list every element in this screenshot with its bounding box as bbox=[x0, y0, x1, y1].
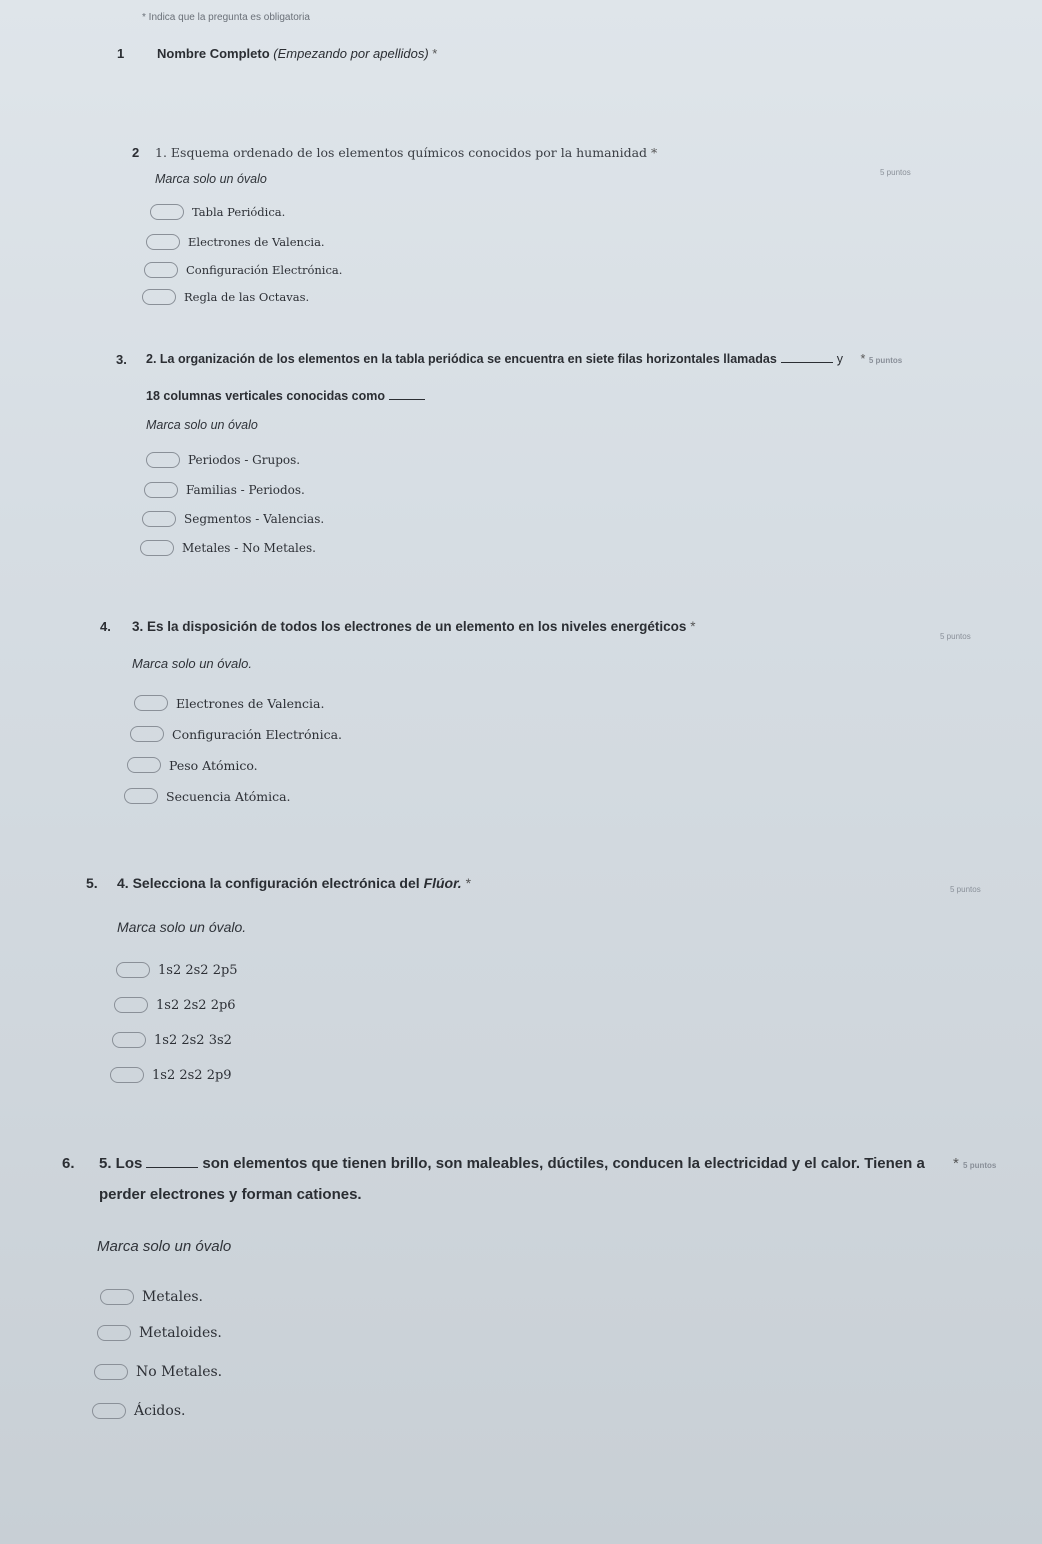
question-6-title-line2: perder electrones y forman cationes. bbox=[99, 1186, 362, 1203]
option-label: Configuración Electrónica. bbox=[186, 263, 342, 277]
option-label: Metaloides. bbox=[139, 1325, 222, 1341]
question-1-title-suffix: (Empezando por apellidos) bbox=[273, 46, 428, 61]
radio-oval-icon[interactable] bbox=[114, 997, 148, 1013]
radio-oval-icon[interactable] bbox=[110, 1067, 144, 1083]
option-label: Periodos - Grupos. bbox=[188, 453, 300, 467]
answer-blank bbox=[781, 362, 833, 363]
radio-oval-icon[interactable] bbox=[142, 511, 176, 527]
question-6-option[interactable]: Metales. bbox=[100, 1289, 203, 1305]
question-2-title-text: 1. Esquema ordenado de los elementos quí… bbox=[155, 145, 647, 160]
question-2-option[interactable]: Configuración Electrónica. bbox=[144, 262, 342, 278]
question-5-hint: Marca solo un óvalo. bbox=[117, 919, 246, 935]
question-4-option[interactable]: Configuración Electrónica. bbox=[130, 726, 342, 742]
required-asterisk: * bbox=[953, 1155, 959, 1172]
radio-oval-icon[interactable] bbox=[127, 757, 161, 773]
question-3-title: 2. La organización de los elementos en l… bbox=[146, 352, 902, 366]
required-asterisk: * bbox=[651, 145, 657, 160]
question-5-option[interactable]: 1s2 2s2 3s2 bbox=[112, 1032, 232, 1048]
option-label: No Metales. bbox=[136, 1364, 222, 1380]
required-asterisk: * bbox=[861, 352, 866, 366]
question-3-title-line2-text: 18 columnas verticales conocidas como bbox=[146, 389, 385, 403]
question-1-title: Nombre Completo (Empezando por apellidos… bbox=[157, 46, 437, 61]
radio-oval-icon[interactable] bbox=[100, 1289, 134, 1305]
question-2-option[interactable]: Electrones de Valencia. bbox=[146, 234, 325, 250]
question-3-number: 3. bbox=[116, 352, 127, 367]
question-5-option[interactable]: 1s2 2s2 2p5 bbox=[116, 962, 238, 978]
question-6-title-text: son elementos que tienen brillo, son mal… bbox=[202, 1155, 924, 1172]
question-3-title-line2: 18 columnas verticales conocidas como bbox=[146, 389, 429, 403]
radio-oval-icon[interactable] bbox=[144, 482, 178, 498]
radio-oval-icon[interactable] bbox=[112, 1032, 146, 1048]
question-6-hint: Marca solo un óvalo bbox=[97, 1238, 231, 1255]
question-2-number: 2 bbox=[132, 145, 139, 160]
question-6-title-start: 5. Los bbox=[99, 1155, 142, 1172]
required-asterisk: * bbox=[432, 46, 437, 61]
question-3-option[interactable]: Metales - No Metales. bbox=[140, 540, 316, 556]
question-3-option[interactable]: Periodos - Grupos. bbox=[146, 452, 300, 468]
question-5-title-text: 4. Selecciona la configuración electróni… bbox=[117, 875, 420, 891]
answer-blank bbox=[389, 399, 425, 400]
question-6-points: 5 puntos bbox=[963, 1161, 996, 1170]
option-label: Configuración Electrónica. bbox=[172, 727, 342, 742]
question-5-title: 4. Selecciona la configuración electróni… bbox=[117, 875, 471, 891]
question-5-points: 5 puntos bbox=[950, 885, 981, 894]
question-5-option[interactable]: 1s2 2s2 2p6 bbox=[114, 997, 236, 1013]
question-5-title-element: Flúor. bbox=[424, 875, 462, 891]
required-legend: * Indica que la pregunta es obligatoria bbox=[142, 12, 310, 23]
question-1-title-text: Nombre Completo bbox=[157, 46, 270, 61]
question-5-option[interactable]: 1s2 2s2 2p9 bbox=[110, 1067, 232, 1083]
question-4-option[interactable]: Electrones de Valencia. bbox=[134, 695, 324, 711]
option-label: Electrones de Valencia. bbox=[176, 696, 324, 711]
radio-oval-icon[interactable] bbox=[142, 289, 176, 305]
option-label: Peso Atómico. bbox=[169, 758, 258, 773]
question-2-option[interactable]: Regla de las Octavas. bbox=[142, 289, 309, 305]
question-5-number: 5. bbox=[86, 875, 98, 891]
radio-oval-icon[interactable] bbox=[92, 1403, 126, 1419]
option-label: Metales - No Metales. bbox=[182, 541, 316, 555]
question-6-option[interactable]: Metaloides. bbox=[97, 1325, 222, 1341]
required-asterisk: * bbox=[690, 619, 695, 634]
question-4-number: 4. bbox=[100, 619, 111, 634]
question-3-title-connector: y bbox=[837, 352, 843, 366]
radio-oval-icon[interactable] bbox=[94, 1364, 128, 1380]
question-6-title: 5. Losson elementos que tienen brillo, s… bbox=[99, 1155, 996, 1172]
option-label: Segmentos - Valencias. bbox=[184, 512, 324, 526]
radio-oval-icon[interactable] bbox=[97, 1325, 131, 1341]
question-3-points: 5 puntos bbox=[869, 356, 902, 365]
question-3-option[interactable]: Familias - Periodos. bbox=[144, 482, 305, 498]
radio-oval-icon[interactable] bbox=[130, 726, 164, 742]
option-label: Regla de las Octavas. bbox=[184, 290, 309, 304]
option-label: 1s2 2s2 2p9 bbox=[152, 1068, 232, 1083]
radio-oval-icon[interactable] bbox=[134, 695, 168, 711]
question-4-points: 5 puntos bbox=[940, 632, 971, 641]
question-3-option[interactable]: Segmentos - Valencias. bbox=[142, 511, 324, 527]
radio-oval-icon[interactable] bbox=[140, 540, 174, 556]
question-4-option[interactable]: Secuencia Atómica. bbox=[124, 788, 291, 804]
question-4-title: 3. Es la disposición de todos los electr… bbox=[132, 619, 695, 634]
option-label: Secuencia Atómica. bbox=[166, 789, 291, 804]
question-1-number: 1 bbox=[117, 46, 124, 61]
question-6-number: 6. bbox=[62, 1155, 75, 1172]
option-label: 1s2 2s2 2p6 bbox=[156, 998, 236, 1013]
question-2-option[interactable]: Tabla Periódica. bbox=[150, 204, 285, 220]
question-2-title: 1. Esquema ordenado de los elementos quí… bbox=[155, 145, 657, 160]
radio-oval-icon[interactable] bbox=[146, 234, 180, 250]
radio-oval-icon[interactable] bbox=[124, 788, 158, 804]
question-3-hint: Marca solo un óvalo bbox=[146, 418, 258, 432]
option-label: Familias - Periodos. bbox=[186, 483, 305, 497]
required-asterisk: * bbox=[466, 875, 471, 891]
radio-oval-icon[interactable] bbox=[116, 962, 150, 978]
option-label: Metales. bbox=[142, 1289, 203, 1305]
option-label: Ácidos. bbox=[134, 1403, 185, 1419]
question-2-points: 5 puntos bbox=[880, 168, 911, 177]
question-3-title-text: 2. La organización de los elementos en l… bbox=[146, 352, 777, 366]
radio-oval-icon[interactable] bbox=[146, 452, 180, 468]
option-label: 1s2 2s2 3s2 bbox=[154, 1033, 232, 1048]
question-4-hint: Marca solo un óvalo. bbox=[132, 656, 252, 671]
answer-blank bbox=[146, 1167, 198, 1168]
question-4-option[interactable]: Peso Atómico. bbox=[127, 757, 258, 773]
question-4-title-text: 3. Es la disposición de todos los electr… bbox=[132, 619, 686, 634]
option-label: Tabla Periódica. bbox=[192, 205, 285, 219]
radio-oval-icon[interactable] bbox=[150, 204, 184, 220]
option-label: 1s2 2s2 2p5 bbox=[158, 963, 238, 978]
question-6-option[interactable]: No Metales. bbox=[94, 1364, 222, 1380]
question-2-hint: Marca solo un óvalo bbox=[155, 172, 267, 186]
option-label: Electrones de Valencia. bbox=[188, 235, 325, 249]
radio-oval-icon[interactable] bbox=[144, 262, 178, 278]
question-6-option[interactable]: Ácidos. bbox=[92, 1403, 185, 1419]
